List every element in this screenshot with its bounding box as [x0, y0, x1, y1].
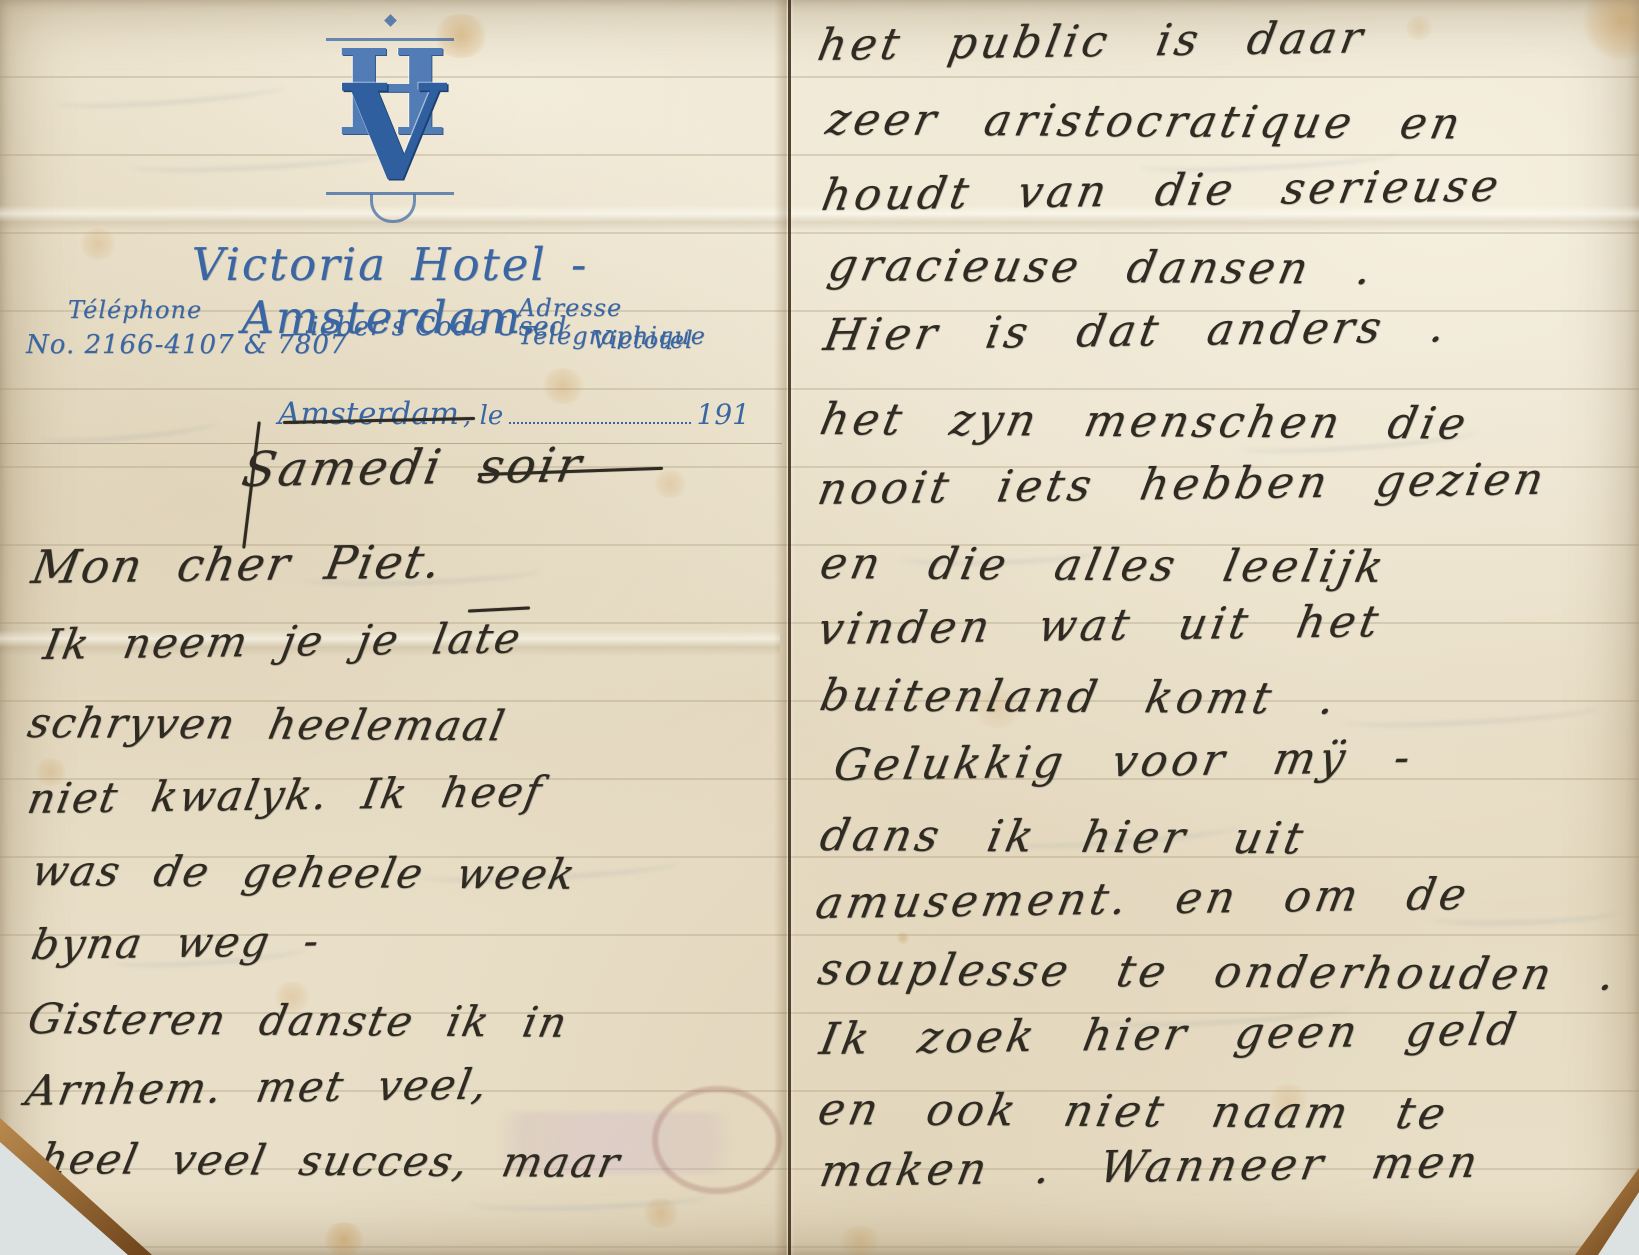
dateline-year: 191	[697, 398, 750, 431]
letter-line: Ik zoek hier geen geld	[816, 1006, 1523, 1064]
letter-line: het public is daar	[814, 14, 1370, 70]
letter-line: Ik neem je je late	[40, 615, 526, 668]
letter-scan: H V Victoria Hotel - Amsterdam. Téléphon…	[0, 0, 1639, 1255]
letter-line: amusement. en om de	[812, 871, 1474, 928]
letter-line: heel veel succes, maar	[36, 1136, 625, 1186]
letter-line: en ook niet naam te	[814, 1086, 1453, 1139]
letter-line: Gelukkig voor mÿ -	[830, 734, 1418, 790]
pen-flourish	[468, 606, 530, 612]
telephone-label: Téléphone	[68, 296, 202, 324]
dateline-le: , le	[463, 401, 503, 431]
dateline-dotted-leader	[509, 406, 690, 424]
dateline-place: Amsterdam	[278, 396, 459, 432]
dateline: Amsterdam , le 191	[278, 396, 750, 432]
letter-line: was de geheele week	[28, 848, 581, 898]
monogram-letter-v: V	[332, 68, 456, 200]
letter-line: dans ik hier uit	[816, 812, 1311, 864]
telegraphic-address: Victotel	[592, 326, 694, 354]
letter-line: vinden wat uit het	[814, 598, 1386, 654]
letter-line: Hier is dat anders .	[820, 303, 1453, 360]
letter-line: nooit iets hebben gezien	[814, 456, 1551, 515]
letter-line: en die alles leelijk	[816, 540, 1391, 592]
letter-line: houdt van die serieuse	[818, 163, 1506, 221]
letter-line: gracieuse dansen .	[824, 242, 1380, 294]
letter-line: buitenland komt .	[816, 672, 1343, 724]
letter-line: Gisteren danste ik in	[24, 996, 572, 1046]
vh-monogram-icon: H V	[298, 16, 482, 228]
fold-line	[788, 0, 791, 1255]
letter-line: schryven heelemaal	[24, 700, 510, 750]
letter-line: niet kwalyk. Ik heef	[24, 769, 547, 822]
monogram-ornament	[370, 194, 416, 223]
letter-line: maken . Wanneer men	[816, 1139, 1485, 1197]
letter-line: byna weg -	[28, 918, 324, 968]
letter-line: zeer aristocratique en	[822, 96, 1468, 149]
letter-line: souplesse te onderhouden .	[814, 946, 1623, 1000]
right-page: het public is daar zeer aristocratique e…	[800, 0, 1639, 1255]
left-page: H V Victoria Hotel - Amsterdam. Téléphon…	[0, 0, 780, 1255]
letter-line: Arnhem. met veel,	[22, 1062, 493, 1115]
letter-line: het zyn menschen die	[816, 396, 1474, 449]
letter-heading: Samedi soir	[238, 439, 588, 497]
salutation: Mon cher Piet.	[28, 536, 446, 592]
